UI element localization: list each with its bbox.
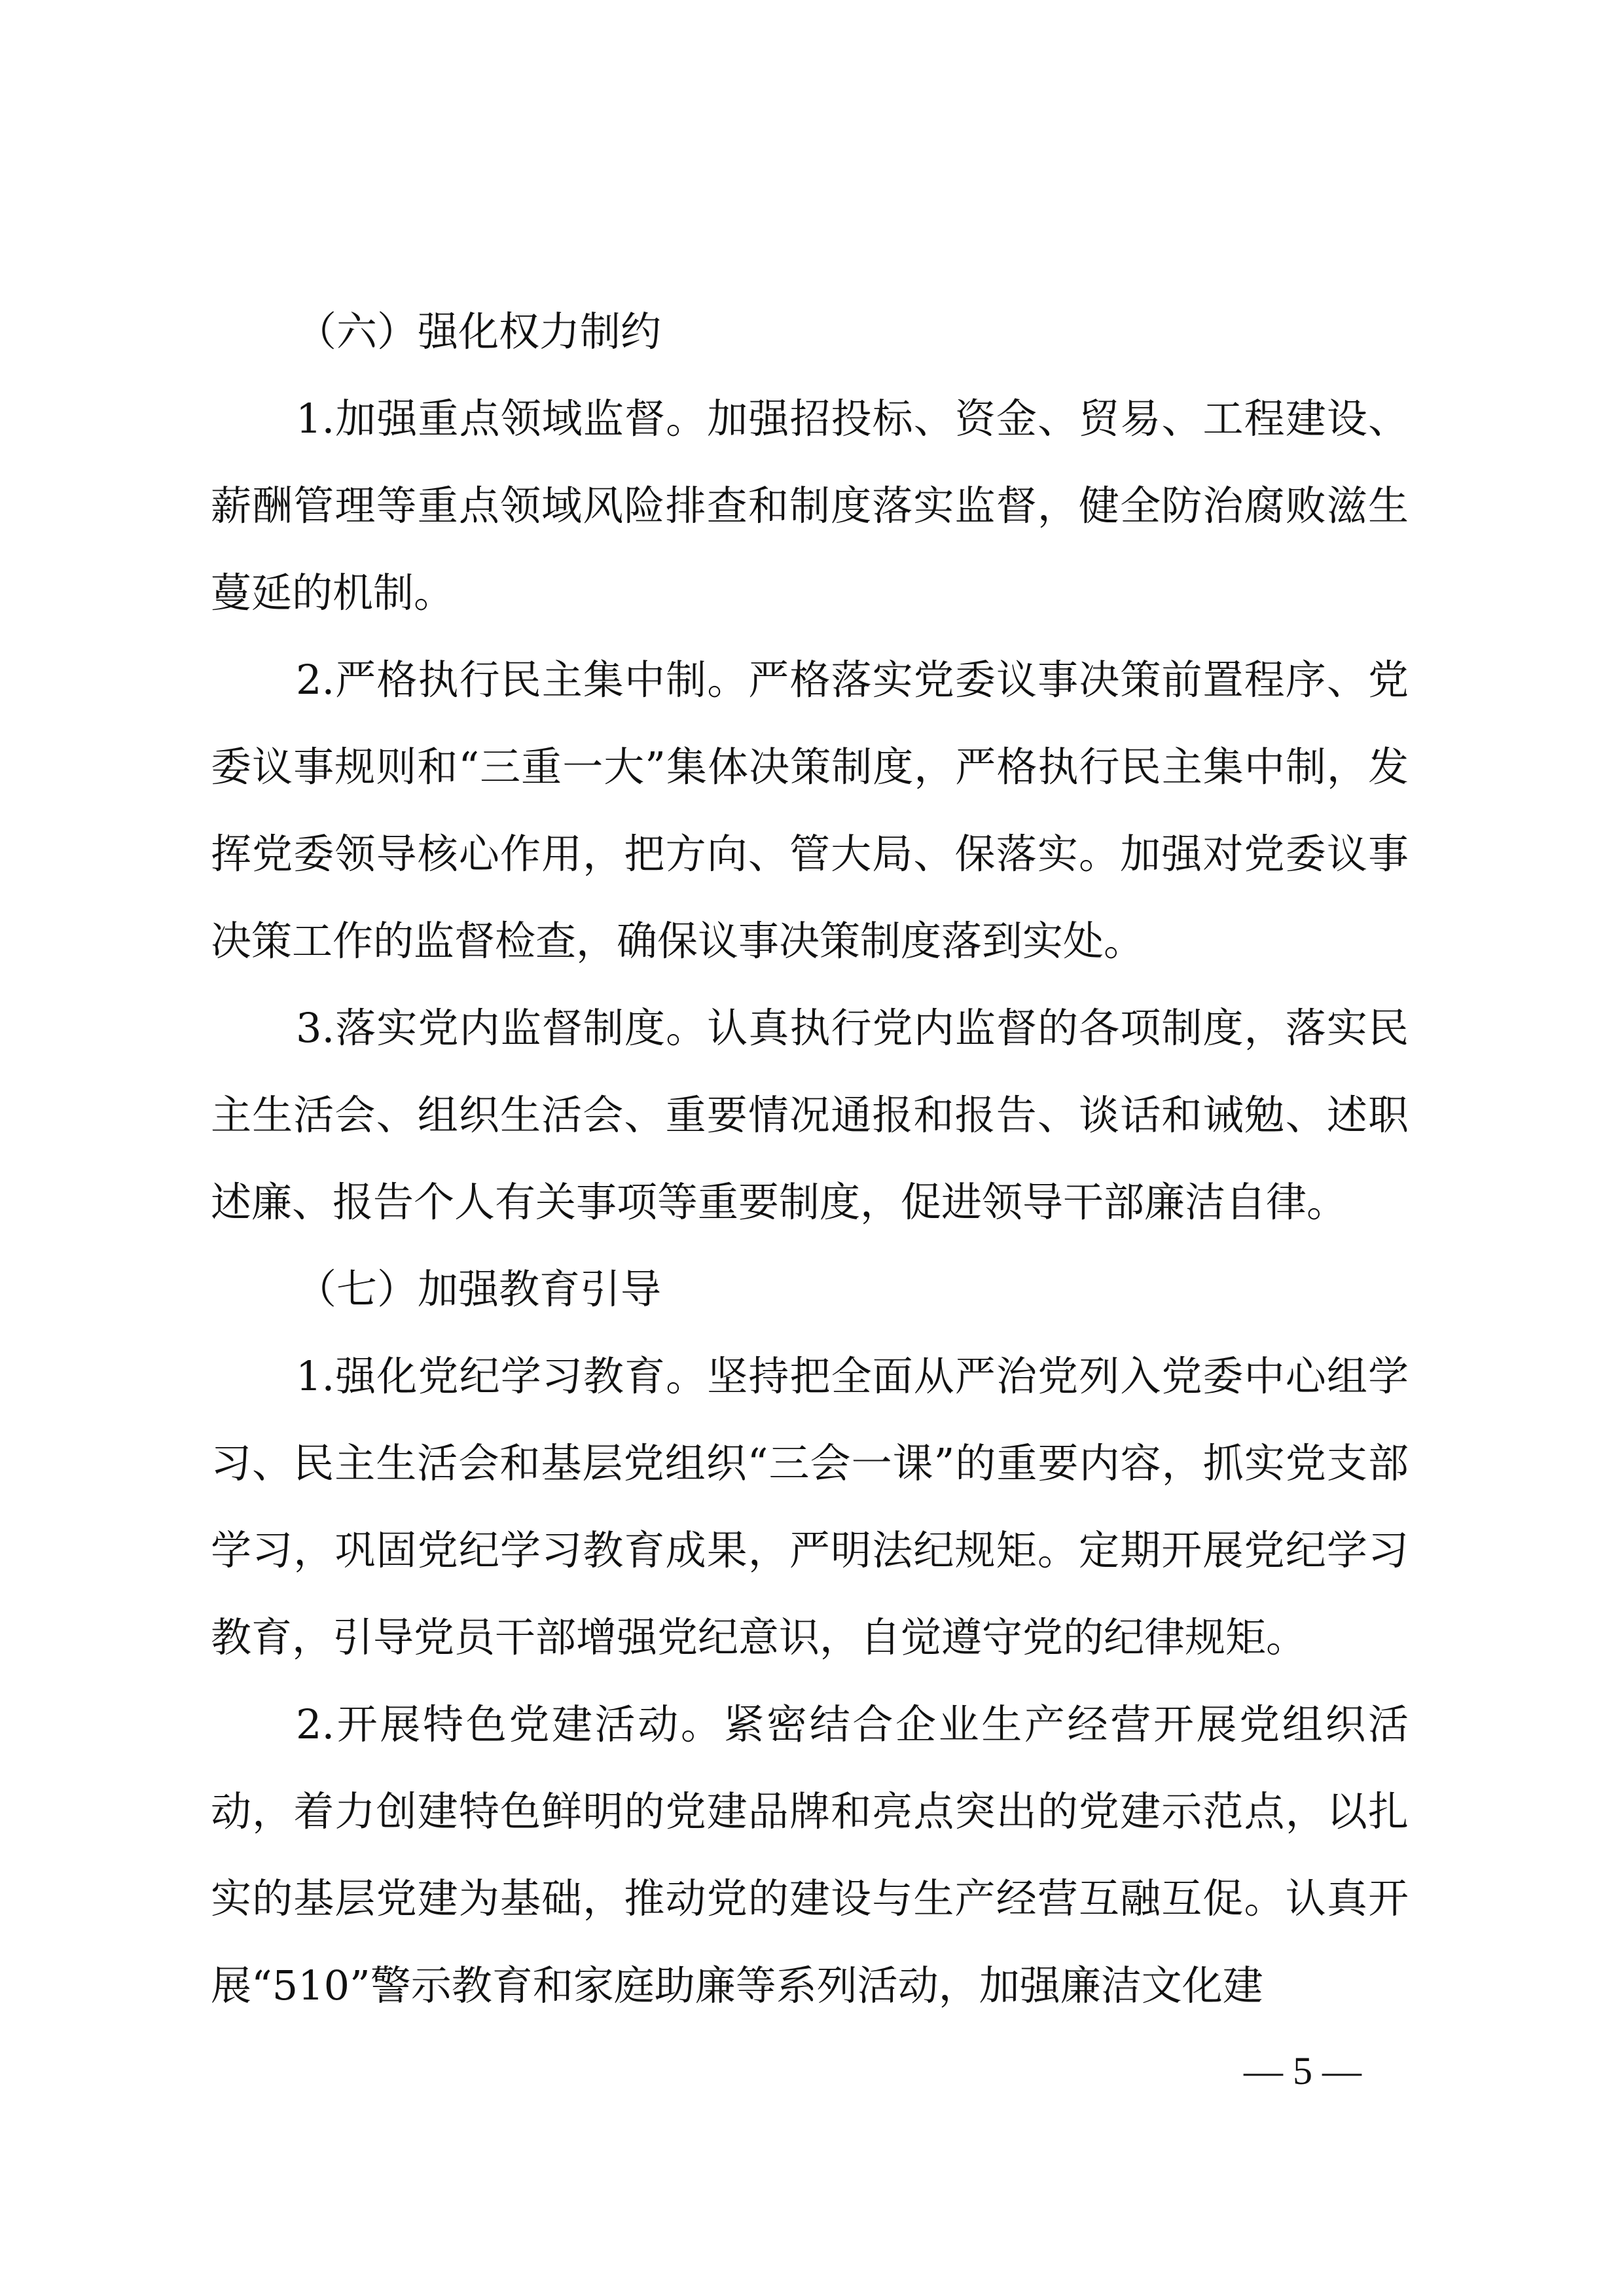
- paragraph: 1.加强重点领域监督。加强招投标、资金、贸易、工程建设、薪酬管理等重点领域风险排…: [211, 375, 1409, 636]
- page-number: — 5 —: [1204, 2049, 1401, 2094]
- paragraph: 1.强化党纪学习教育。坚持把全面从严治党列入党委中心组学习、民主生活会和基层党组…: [211, 1333, 1409, 1681]
- document-body: （六）强化权力制约 1.加强重点领域监督。加强招投标、资金、贸易、工程建设、薪酬…: [211, 288, 1409, 2029]
- section-heading-7: （七）加强教育引导: [211, 1246, 1409, 1333]
- section-heading-6: （六）强化权力制约: [211, 288, 1409, 375]
- paragraph: 2.开展特色党建活动。紧密结合企业生产经营开展党组织活动，着力创建特色鲜明的党建…: [211, 1681, 1409, 2029]
- paragraph: 2.严格执行民主集中制。严格落实党委议事决策前置程序、党委议事规则和“三重一大”…: [211, 636, 1409, 984]
- paragraph: 3.落实党内监督制度。认真执行党内监督的各项制度，落实民主生活会、组织生活会、重…: [211, 984, 1409, 1246]
